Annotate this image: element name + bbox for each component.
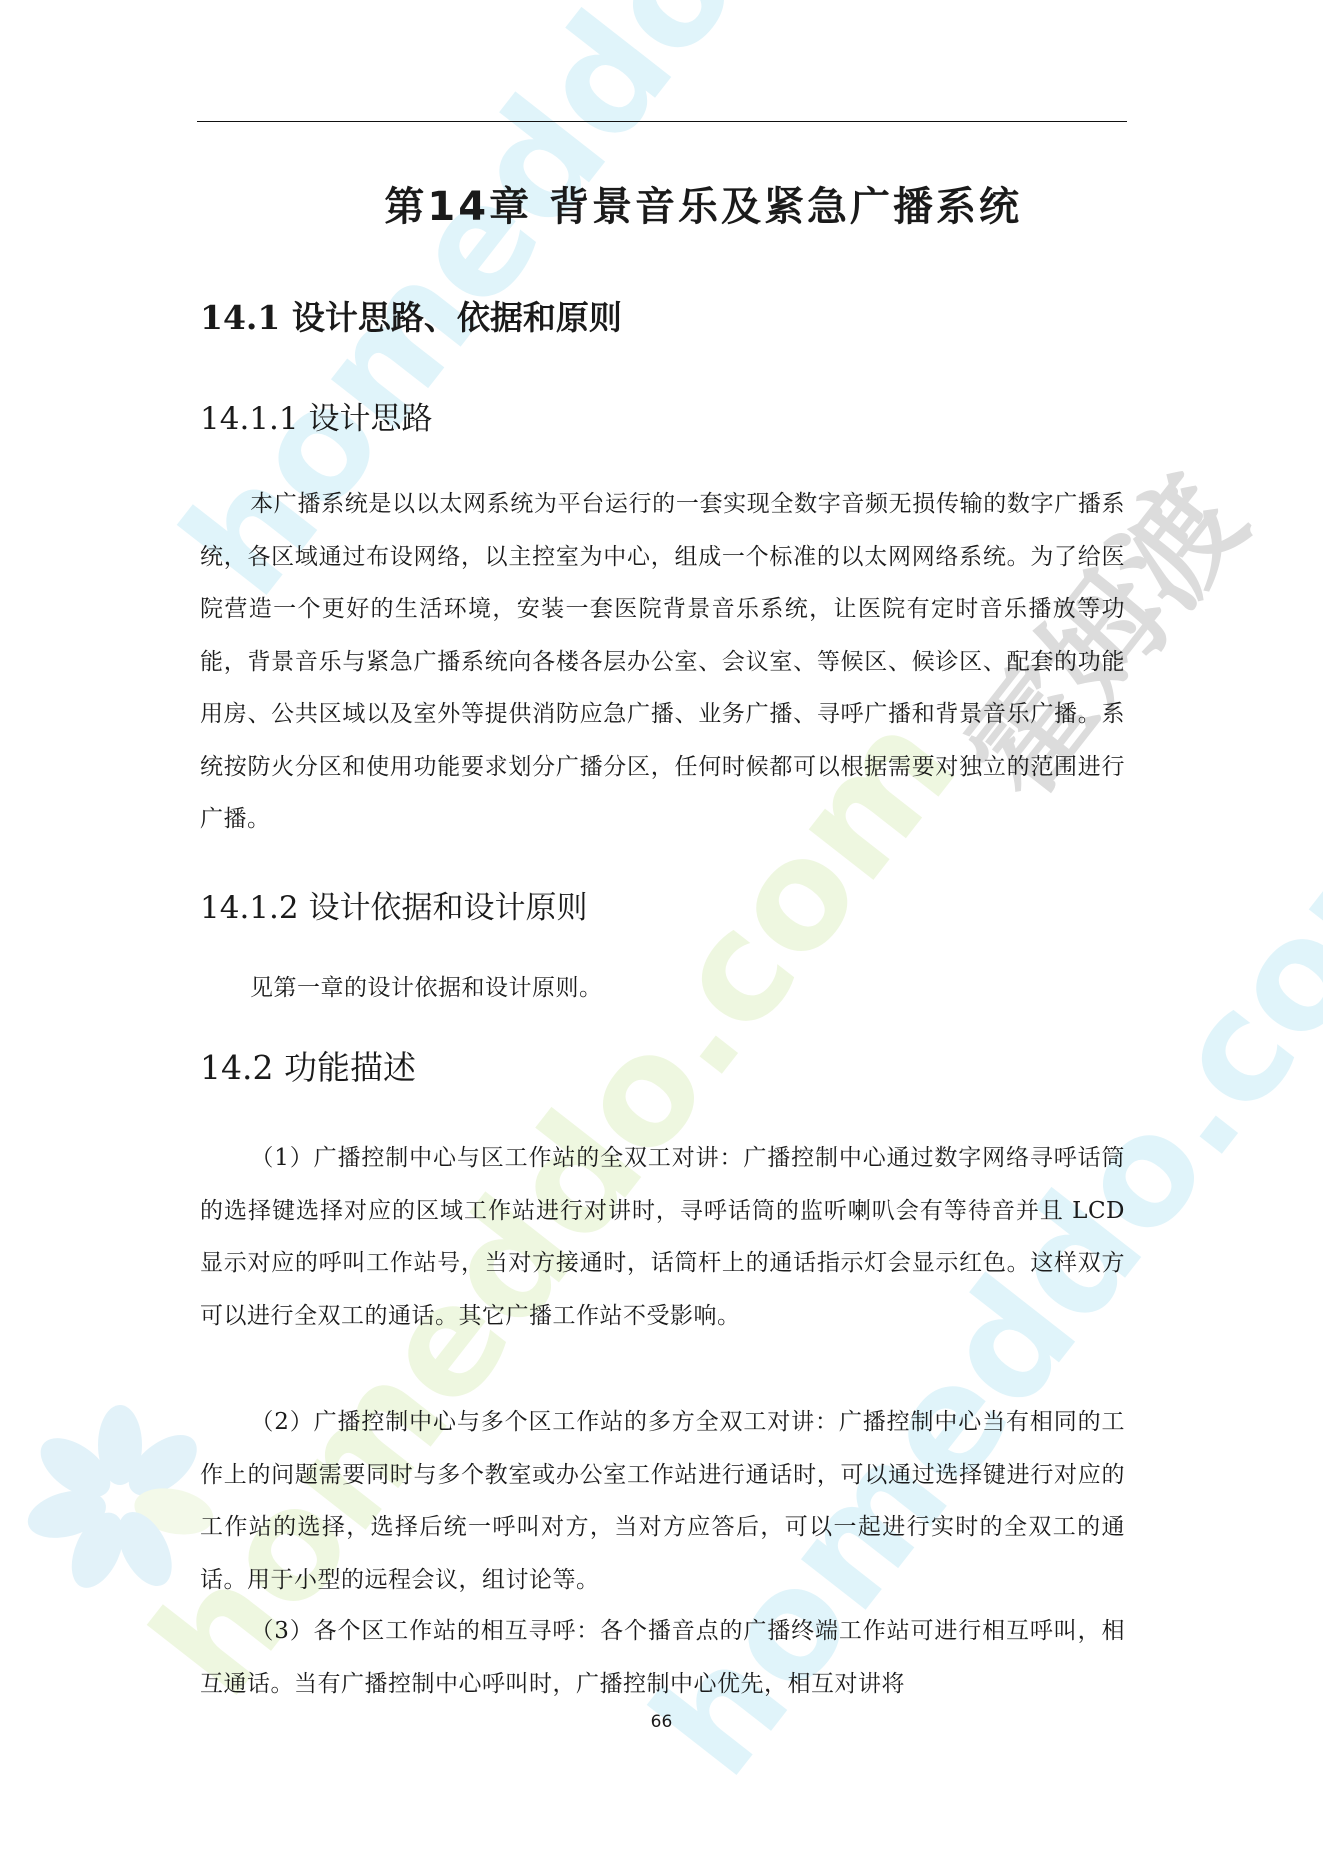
header-rule [197,121,1127,122]
chapter-name: 背景音乐及紧急广播系统 [549,184,1022,230]
function-item-2-text: （2）广播控制中心与多个区工作站的多方全双工对讲：广播控制中心当有相同的工作上的… [200,1409,1125,1593]
paragraph-design-basis-text: 见第一章的设计依据和设计原则。 [250,975,603,1001]
section-heading-14-1-1: 14.1.1 设计思路 [200,393,432,438]
paragraph-design-basis: 见第一章的设计依据和设计原则。 [200,962,1125,1015]
section-heading-14-1: 14.1 设计思路、依据和原则 [200,292,622,339]
paragraph-design-idea: 本广播系统是以以太网系统为平台运行的一套实现全数字音频无损传输的数字广播系统，各… [200,478,1125,846]
page-number: 66 [0,1712,1323,1732]
function-item-1-text: （1）广播控制中心与区工作站的全双工对讲：广播控制中心通过数字网络寻呼话筒的选择… [200,1145,1125,1329]
paragraph-design-idea-text: 本广播系统是以以太网系统为平台运行的一套实现全数字音频无损传输的数字广播系统，各… [200,491,1125,832]
section-heading-14-1-2: 14.1.2 设计依据和设计原则 [200,882,587,927]
function-item-3-text: （3）各个区工作站的相互寻呼：各个播音点的广播终端工作站可进行相互呼叫，相互通话… [200,1618,1125,1697]
chapter-prefix: 第 [384,184,427,230]
chapter-suffix: 章 [489,184,532,230]
function-item-3: （3）各个区工作站的相互寻呼：各个播音点的广播终端工作站可进行相互呼叫，相互通话… [200,1605,1125,1710]
section-heading-14-2: 14.2 功能描述 [200,1042,416,1089]
document-page: homeddo.com homeddo.com homeddo.com 霍姆渡 … [0,0,1323,1871]
flower-logo-icon [20,1400,220,1600]
function-item-2: （2）广播控制中心与多个区工作站的多方全双工对讲：广播控制中心当有相同的工作上的… [200,1396,1125,1606]
function-item-1: （1）广播控制中心与区工作站的全双工对讲：广播控制中心通过数字网络寻呼话筒的选择… [200,1132,1125,1342]
chapter-title: 第14章 背景音乐及紧急广播系统 [197,175,1127,232]
chapter-number: 14 [427,184,489,230]
